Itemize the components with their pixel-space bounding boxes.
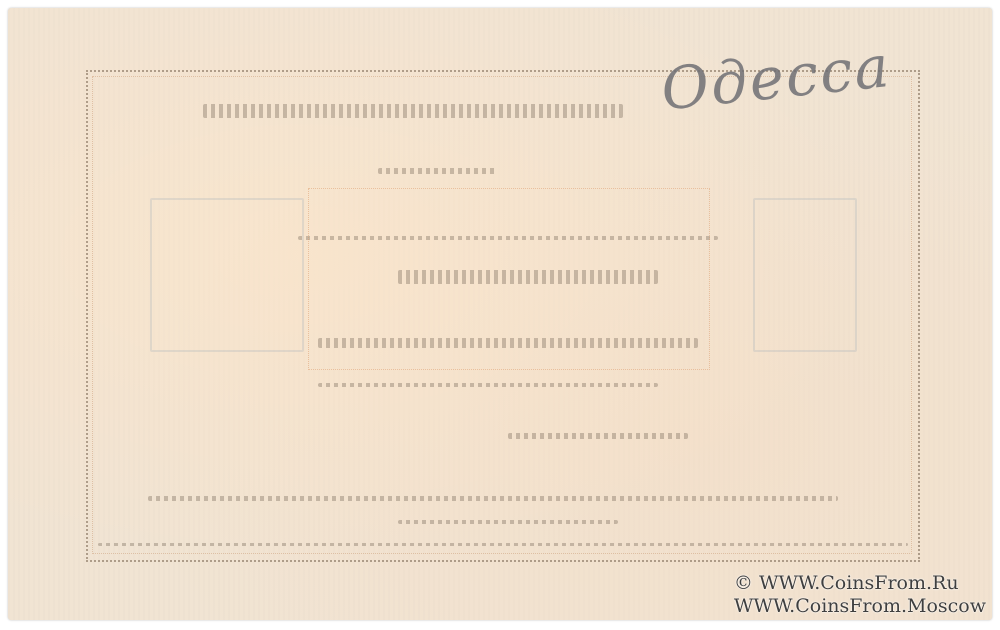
watermark-line-1: © WWW.CoinsFrom.Ru bbox=[734, 572, 986, 595]
show-through-footer bbox=[148, 496, 838, 501]
show-through-footer bbox=[398, 520, 618, 524]
show-through-left-panel bbox=[150, 198, 304, 352]
show-through-center-panel bbox=[308, 188, 710, 370]
watermark-line-2: WWW.CoinsFrom.Moscow bbox=[734, 595, 986, 618]
show-through-text bbox=[378, 168, 498, 174]
show-through-title bbox=[203, 104, 623, 118]
show-through-border-text bbox=[98, 543, 908, 546]
show-through-text bbox=[318, 383, 658, 387]
banknote-reverse: Одесса bbox=[8, 8, 992, 620]
show-through-right-panel bbox=[753, 198, 857, 352]
watermark: © WWW.CoinsFrom.Ru WWW.CoinsFrom.Moscow bbox=[734, 572, 986, 618]
show-through-signature bbox=[508, 433, 688, 439]
